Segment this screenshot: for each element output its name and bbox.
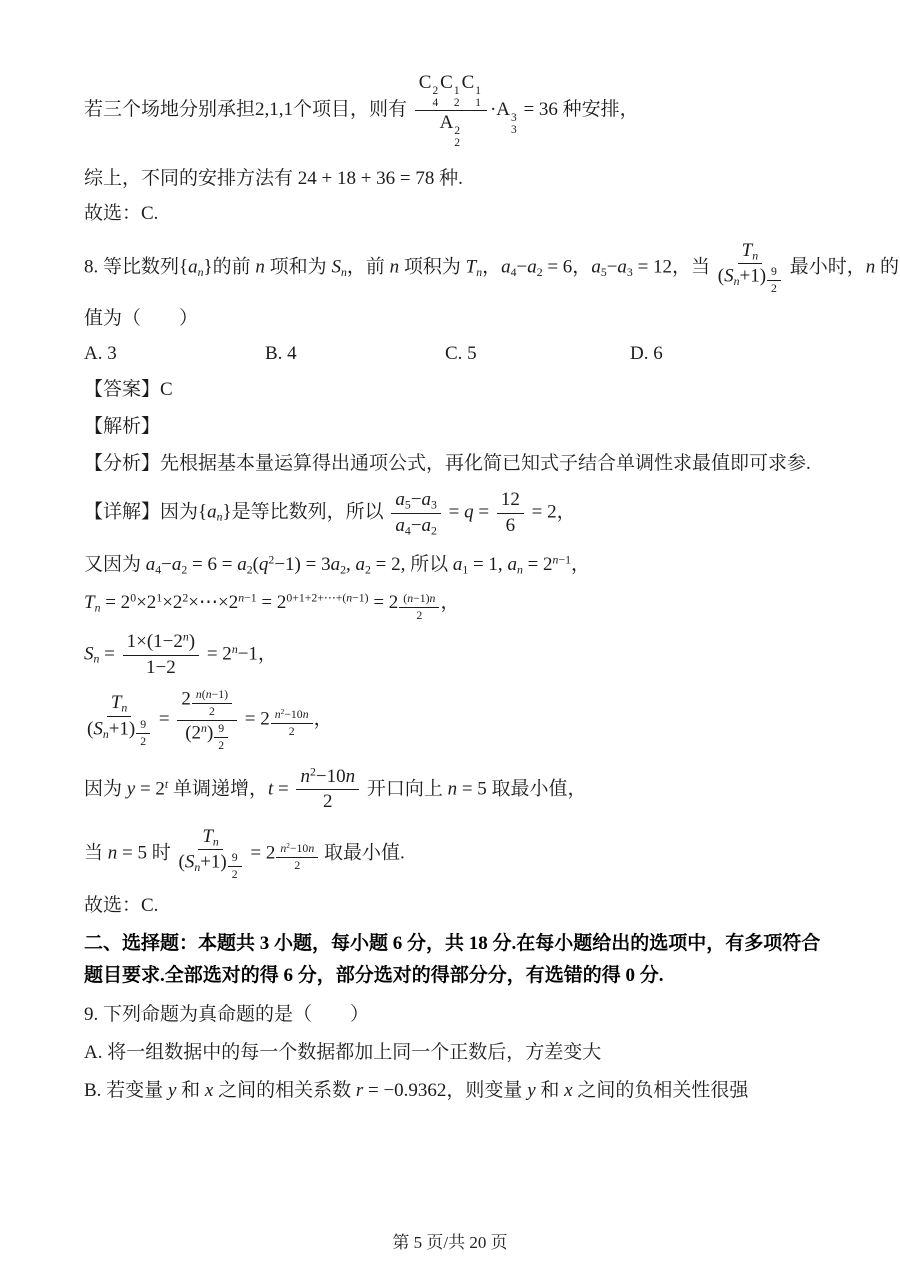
analysis-line: 【分析】先根据基本量运算得出通项公式，再化简已知式子结合单调性求最值即可求参. <box>84 451 830 476</box>
q9-option-a: A. 将一组数据中的每一个数据都加上同一个正数后，方差变大 <box>84 1040 830 1065</box>
fraction: 1×(1−2n)1−2 <box>123 631 199 679</box>
fraction: (n−1)n2 <box>399 592 439 623</box>
sup-sub-stack: 24 <box>432 85 438 110</box>
sup-sub-stack: 33 <box>511 112 517 137</box>
sup-sub-stack: 12 <box>454 85 460 110</box>
q8-choice-a: A. 3 <box>84 343 265 365</box>
detail-line-1: 【详解】因为{an}是等比数列，所以 a5−a3a4−a2 = q = 126 … <box>84 489 830 537</box>
fraction: Tn(Sn+1)92 <box>87 692 151 748</box>
fraction: 92 <box>228 851 242 882</box>
answer-label-line: 【答案】C <box>84 377 830 402</box>
fraction: 2n(n−1)2(2n)92 <box>177 688 237 753</box>
q8-choice-c: C. 5 <box>445 343 630 365</box>
answer-choice-line-q7: 故选：C. <box>84 201 830 226</box>
q9-option-b: B. 若变量 y 和 x 之间的相关系数 r = −0.9362，则变量 y 和… <box>84 1078 830 1103</box>
fraction: n2−10n2 <box>271 708 313 739</box>
sup-sub-stack: 11 <box>475 85 481 110</box>
fraction: Tn(Sn+1)92 <box>718 240 782 296</box>
fraction: n2−10n2 <box>296 766 359 814</box>
detail-line-6: 因为 y = 2t 单调递增，t = n2−10n2 开口向上 n = 5 取最… <box>84 766 830 814</box>
page-footer: 第 5 页/共 20 页 <box>0 1228 900 1253</box>
section-2-heading: 二、选择题：本题共 3 小题，每小题 6 分，共 18 分.在每小题给出的选项中… <box>84 928 830 993</box>
fraction: n2−10n2 <box>276 842 318 873</box>
jiexi-label-line: 【解析】 <box>84 414 830 439</box>
detail-line-5: Tn(Sn+1)92 = 2n(n−1)2(2n)92 = 2n2−10n2， <box>84 688 830 753</box>
fraction: n(n−1)2 <box>192 688 232 719</box>
question-8-choices: A. 3 B. 4 C. 5 D. 6 <box>84 343 830 365</box>
question-9-stem: 9. 下列命题为真命题的是（ ） <box>84 1002 830 1027</box>
detail-line-4: Sn = 1×(1−2n)1−2 = 2n−1， <box>84 631 830 679</box>
solution-summary-line: 综上，不同的安排方法有 24 + 18 + 36 = 78 种. <box>84 166 830 191</box>
q8-choice-d: D. 6 <box>630 343 663 365</box>
detail-line-3: Tn = 20×21×22×⋯×2n−1 = 20+1+2+⋯+(n−1) = … <box>84 590 830 622</box>
fraction: 92 <box>136 718 150 749</box>
sup-sub-stack: 22 <box>454 125 460 150</box>
document-page: 若三个场地分别承担2,1,1个项目，则有 C24C12C11A22·A33 = … <box>0 0 900 1273</box>
question-8-stem: 8. 等比数列{an}的前 n 项和为 Sn，前 n 项积为 Tn，a4−a2 … <box>84 240 830 296</box>
fraction: a5−a3a4−a2 <box>391 489 441 537</box>
solution-case-line: 若三个场地分别承担2,1,1个项目，则有 C24C12C11A22·A33 = … <box>84 72 830 150</box>
fraction: Tn(Sn+1)92 <box>178 826 242 882</box>
fraction: 92 <box>214 722 228 753</box>
detail-line-2: 又因为 a4−a2 = 6 = a2(q2−1) = 3a2, a2 = 2, … <box>84 552 830 577</box>
detail-line-7: 当 n = 5 时 Tn(Sn+1)92 = 2n2−10n2 取最小值. <box>84 826 830 882</box>
fraction: 126 <box>497 489 524 537</box>
fraction: C24C12C11A22 <box>415 72 487 150</box>
fraction: 92 <box>767 265 781 296</box>
question-8-stem-wrap: 值为（ ） <box>84 306 830 331</box>
answer-choice-line-q8: 故选：C. <box>84 893 830 918</box>
q8-choice-b: B. 4 <box>265 343 445 365</box>
